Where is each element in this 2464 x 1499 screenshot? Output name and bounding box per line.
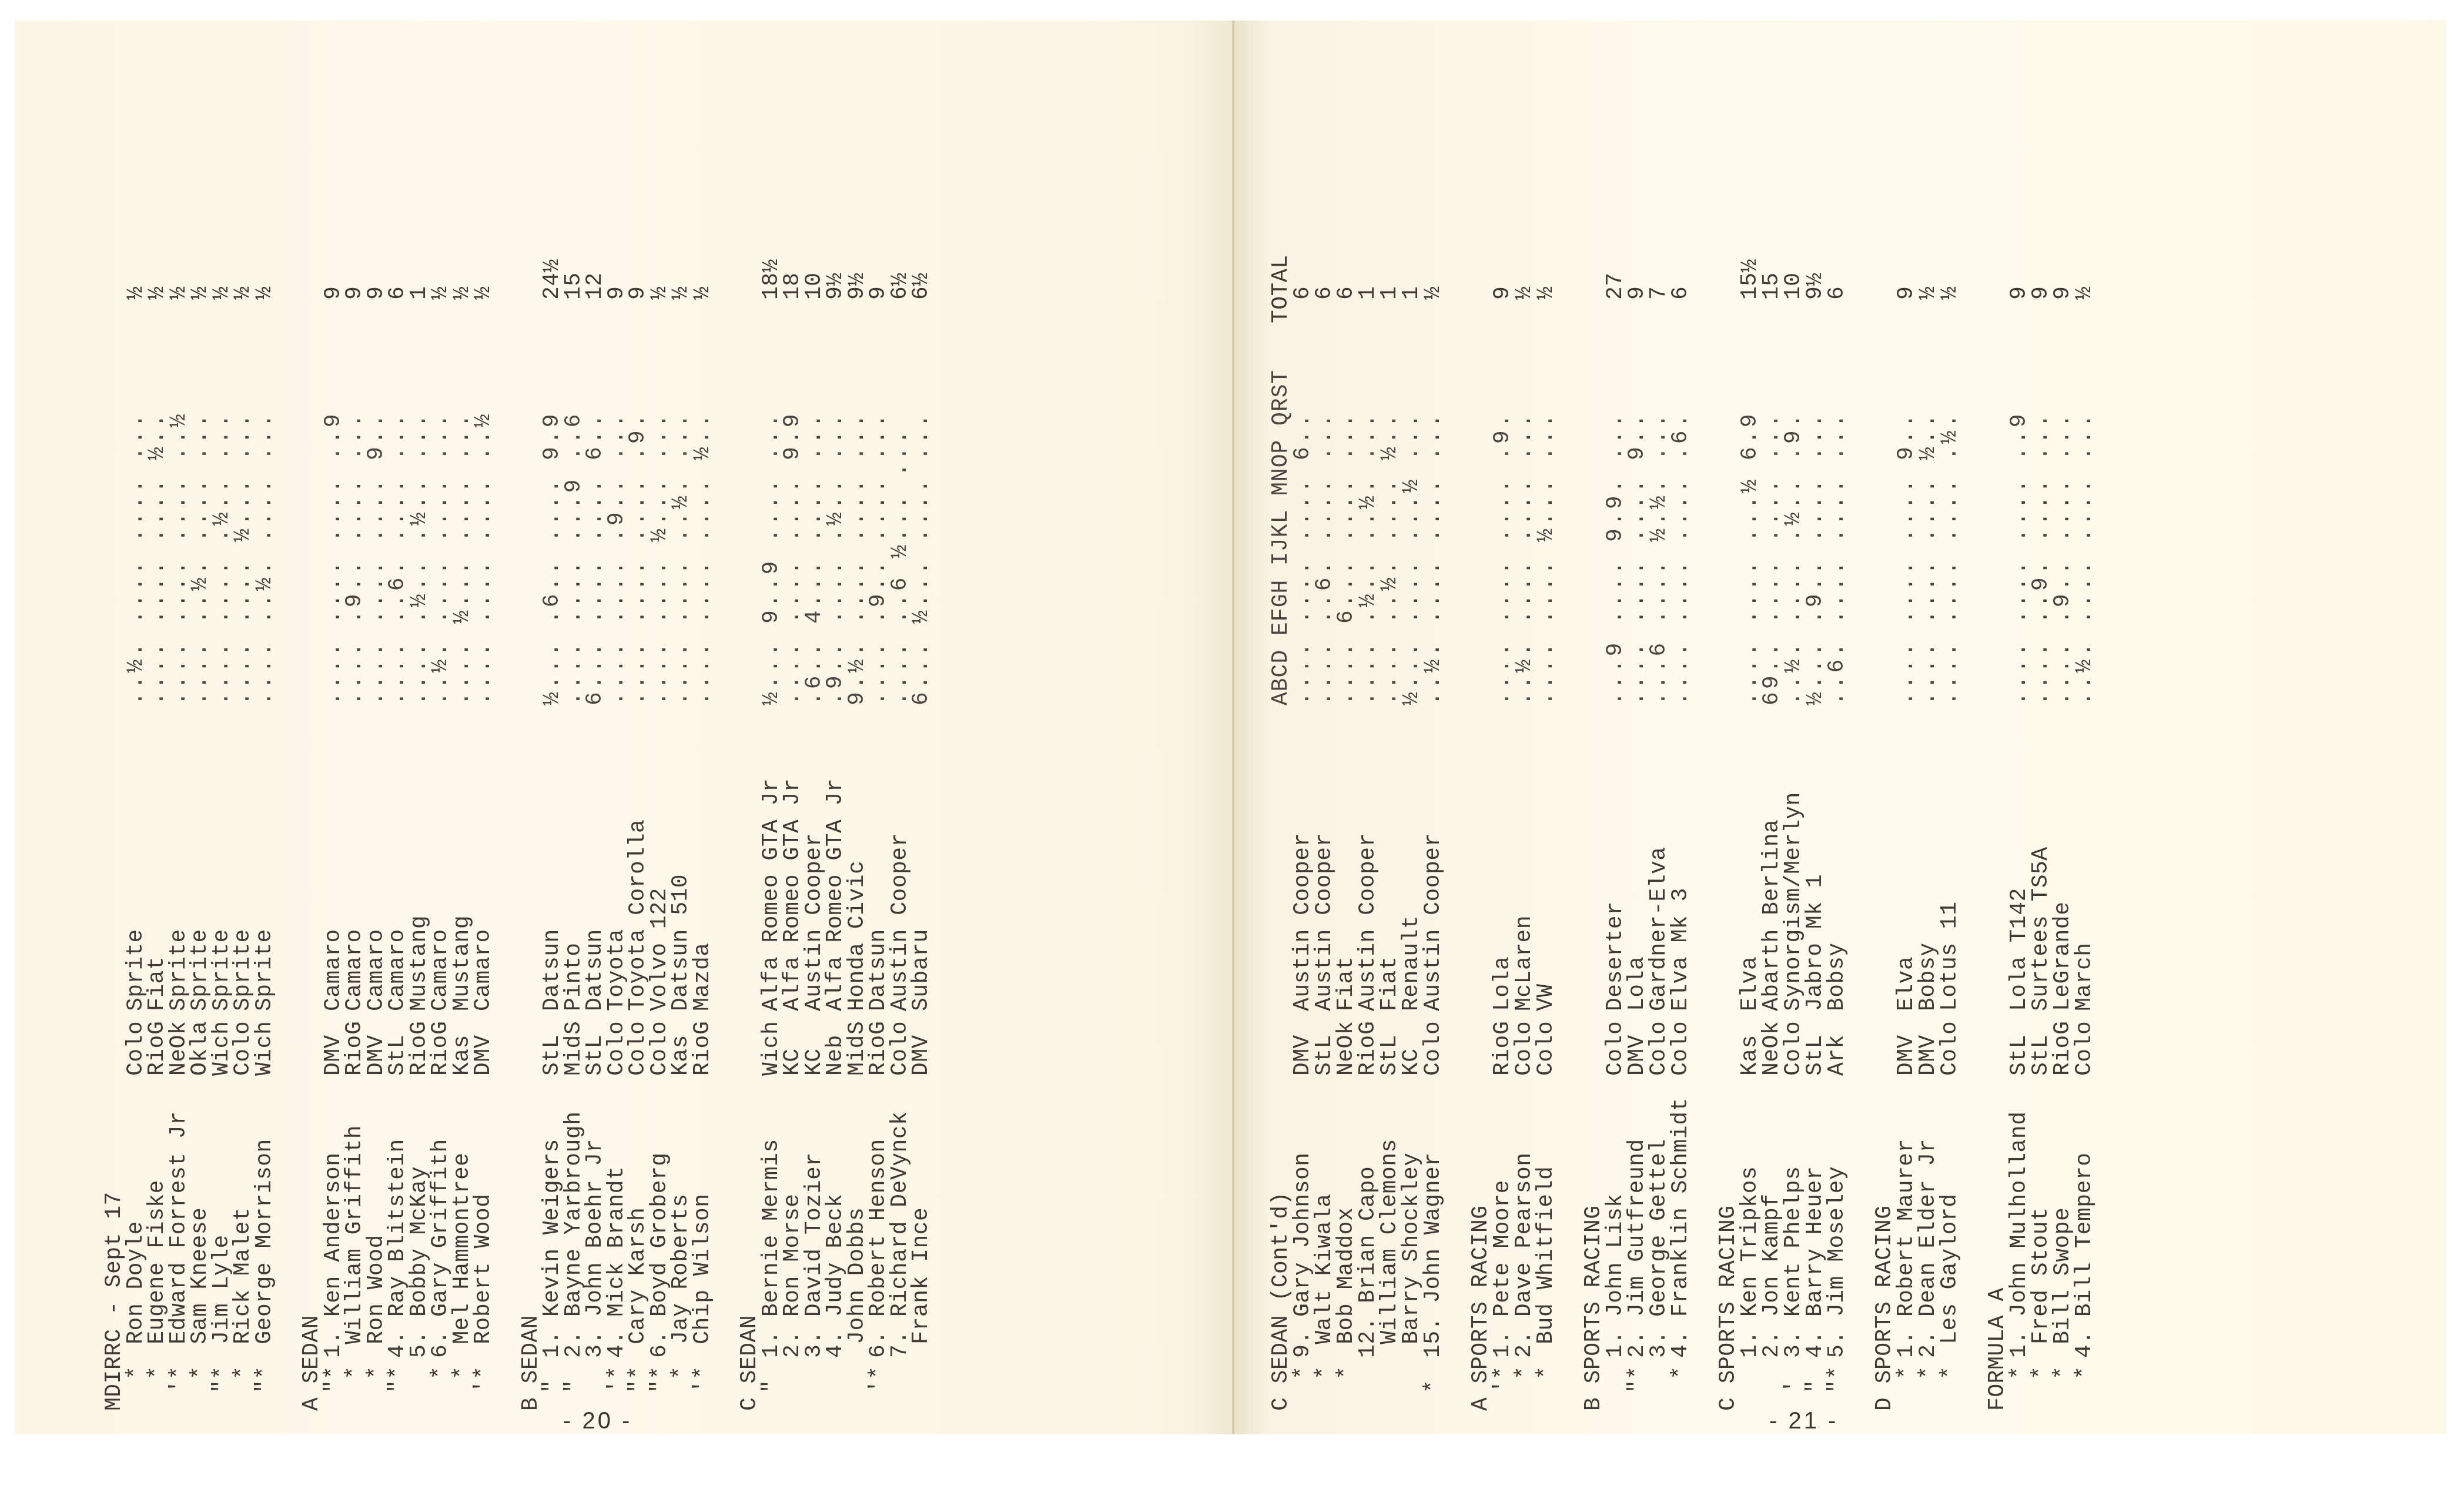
region-club: RioG [1491, 1021, 1515, 1076]
car-model: Renault [1400, 915, 1424, 1011]
event-scores: .... .... ..½. ... [669, 411, 693, 705]
car-model: Austin Cooper [1422, 833, 1445, 1011]
finish-position: 4. [2072, 1330, 2097, 1358]
event-scores: .... ..6. .... ... [1313, 411, 1337, 705]
driver-name: George Morrison [252, 1139, 277, 1344]
event-scores: .... ..½. .... ... [253, 411, 277, 705]
car-model: Camaro [386, 929, 410, 1011]
finish-position: 15. [1421, 1317, 1446, 1358]
points-total: 1 [1357, 286, 1380, 300]
points-total: 15½ [1739, 259, 1762, 300]
region-club: StL [1804, 1035, 1827, 1076]
event-scores: .... ..6. .... ... [386, 411, 410, 705]
points-total: 9 [867, 286, 890, 300]
points-total: ½ [1513, 286, 1536, 300]
event-scores: ..½. .... .½.. .9. [1782, 411, 1806, 705]
driver-name: Bud Whitfield [1534, 1166, 1559, 1344]
car-model: McLaren [1513, 915, 1536, 1011]
driver-name: Robert Wood [471, 1193, 496, 1344]
region-club: StL [584, 1035, 607, 1076]
points-total: 6½ [910, 272, 933, 300]
member-mark: * [1895, 1366, 1919, 1393]
region-club: Okla [189, 1021, 212, 1076]
car-model: Gardner-Elva [1648, 846, 1671, 1011]
member-mark: * [669, 1366, 693, 1393]
driver-name: Chip Wilson [690, 1193, 715, 1344]
event-scores: ..½. .... .... ... [1513, 411, 1536, 705]
driver-position-and-name: Chip Wilson [691, 1193, 715, 1358]
finish-position: 4. [1668, 1330, 1693, 1358]
points-total: 9½ [1804, 272, 1827, 300]
region-club: Kas [1739, 1035, 1762, 1076]
left-page: MDIRRC - Sept 17 * Ron DoyleColoSprite..… [15, 21, 1234, 1434]
region-club: RioG [691, 1021, 715, 1076]
class-name: C SEDAN (Cont'd) [1270, 1192, 1293, 1411]
driver-position-and-name: Les Gaylord [1939, 1193, 1962, 1358]
member-mark: * [343, 1366, 367, 1393]
region-club: DMV [1895, 1035, 1919, 1076]
member-mark [584, 1366, 607, 1393]
points-total: 9 [627, 286, 650, 300]
member-mark: ' [1782, 1380, 1806, 1393]
driver-position-and-name: 12. Brian Capo [1357, 1166, 1380, 1358]
driver-position-and-name: 1. Robert Maurer [1895, 1139, 1919, 1358]
points-total: ½ [1917, 286, 1940, 300]
driver-position-and-name: 2. Dave Pearson [1513, 1152, 1536, 1358]
points-total: 6 [1291, 286, 1315, 300]
right-page: ABCD EFGH IJKL MNOP QRSTTOTALC SEDAN (Co… [1234, 21, 2446, 1434]
member-mark: '* [1491, 1366, 1515, 1393]
member-mark: * [232, 1366, 255, 1393]
points-total: ½ [146, 286, 169, 300]
class-name: C SPORTS RACING [1717, 1205, 1740, 1411]
car-model: Datsun [541, 929, 564, 1011]
score-column-groups: ABCD EFGH IJKL MNOP QRST [1270, 370, 1293, 705]
member-mark [824, 1366, 848, 1393]
event-scores: .... .9.. .... ... [2051, 411, 2075, 705]
driver-position-and-name: George Morrison [253, 1139, 277, 1358]
region-club: Colo [1535, 1021, 1558, 1076]
points-total: ½ [1939, 286, 1962, 300]
member-mark: * [1313, 1366, 1337, 1393]
class-name: A SPORTS RACING [1469, 1205, 1493, 1411]
event-scores: .... .... .... ½.. [146, 411, 169, 705]
member-mark: "* [1626, 1366, 1649, 1393]
driver-position-and-name: 4. Barry Heuer [1804, 1166, 1827, 1358]
driver-name: Les Gaylord [1937, 1193, 1963, 1344]
car-model: Toyota Corolla [627, 819, 650, 1011]
member-mark: '* [691, 1366, 715, 1393]
event-scores: .... .... ½... ... [232, 411, 255, 705]
page-number-right: - 21 - [1769, 1408, 1838, 1434]
points-total: 9 [2008, 286, 2031, 300]
car-model: Subaru [910, 929, 933, 1011]
driver-position-and-name: Walt Kiwala [1313, 1193, 1337, 1358]
driver-position-and-name: 1. John Lisk [1604, 1193, 1628, 1358]
page-number-left: - 20 - [563, 1408, 632, 1434]
driver-name: Bill Tempero [2072, 1152, 2097, 1317]
class-name: D SPORTS RACING [1873, 1205, 1897, 1411]
driver-position-and-name: 5. Jim Moseley [1826, 1166, 1849, 1358]
member-mark [910, 1366, 933, 1393]
car-model: Abarth Berlina [1760, 819, 1784, 1011]
member-mark: * [1291, 1366, 1315, 1393]
car-model: Austin Cooper [1357, 833, 1380, 1011]
region-club: NeOk [1335, 1021, 1358, 1076]
points-total: ½ [1535, 286, 1558, 300]
right-page-content: ABCD EFGH IJKL MNOP QRSTTOTALC SEDAN (Co… [1234, 21, 2446, 1434]
car-model: Elva [1739, 956, 1762, 1011]
event-scores: 69.. .... .... ... [1760, 411, 1784, 705]
car-model: Austin Cooper [1291, 833, 1315, 1011]
event-scores: .... .9.. .... ... [343, 411, 367, 705]
event-scores: .... .9.. .... ... [867, 411, 890, 705]
event-scores: .... .... ...½ 6.9 [1739, 411, 1762, 705]
event-scores: .... .... .... 9.. [1895, 411, 1919, 705]
car-model: Fiat [146, 956, 169, 1011]
region-club: DMV [472, 1035, 496, 1076]
driver-name: Franklin Schmidt [1668, 1098, 1693, 1317]
points-total: 24½ [541, 259, 564, 300]
member-mark [1378, 1366, 1402, 1393]
points-total: 7 [1648, 286, 1671, 300]
member-mark: * [1939, 1366, 1962, 1393]
driver-position-and-name: 4. Bill Tempero [2073, 1152, 2097, 1358]
member-mark [781, 1366, 805, 1393]
car-model: Lotus 11 [1939, 902, 1962, 1011]
car-model: Camaro [472, 929, 496, 1011]
car-model: Surtees TS5A [2030, 846, 2053, 1011]
class-name: A SEDAN [300, 1315, 324, 1411]
region-club: Colo [1422, 1021, 1445, 1076]
points-total: ½ [2073, 286, 2097, 300]
region-club: KC [1400, 1048, 1424, 1076]
member-mark: "* [627, 1366, 650, 1393]
member-mark: * [1422, 1380, 1445, 1393]
points-total: 9 [1626, 286, 1649, 300]
member-mark: " [541, 1380, 564, 1393]
driver-position-and-name: 2. Jim Gutfreund [1626, 1139, 1649, 1358]
driver-position-and-name: 1. Ken Tripkos [1739, 1166, 1762, 1358]
event-scores: ½... .9.. .... ... [1804, 411, 1827, 705]
car-model: Elva [1895, 956, 1919, 1011]
member-mark: '* [472, 1366, 496, 1393]
class-name: B SPORTS RACING [1582, 1205, 1606, 1411]
event-scores: ½... .... ...½ ... [1400, 411, 1424, 705]
event-scores: ½... .6.. .... 9.9 [541, 411, 564, 705]
region-club: RioG [1357, 1021, 1380, 1076]
event-scores: .... .... .... 6.. [1291, 411, 1315, 705]
total-column-header: TOTAL [1270, 255, 1293, 323]
car-model: Fiat [1378, 956, 1402, 1011]
member-mark: * [1535, 1366, 1558, 1393]
member-mark: * [1917, 1366, 1940, 1393]
region-club: RioG [429, 1021, 453, 1076]
class-name: C SEDAN [738, 1315, 762, 1411]
driver-position-and-name: Barry Shockley [1400, 1152, 1424, 1358]
car-model: Austin Cooper [1313, 833, 1337, 1011]
region-club: DMV [1291, 1035, 1315, 1076]
car-model: Sprite [253, 929, 277, 1011]
region-club: Colo [2073, 1021, 2097, 1076]
driver-position-and-name: William Clemons [1378, 1139, 1402, 1358]
driver-position-and-name: Frank Ince [910, 1207, 933, 1358]
event-scores: .... .... .... .9. [627, 411, 650, 705]
points-total: 12 [584, 272, 607, 300]
car-model: Bobsy [1917, 942, 1940, 1011]
event-scores: .... .... .... .6. [1669, 411, 1693, 705]
member-mark [1760, 1366, 1784, 1393]
points-total: 6 [1826, 286, 1849, 300]
event-scores: .... ..½. .... ... [189, 411, 212, 705]
event-scores: .... .... .... ½.. [1917, 411, 1940, 705]
region-club: Colo [1669, 1021, 1693, 1076]
event-scores: 6... .... .... 6.. [584, 411, 607, 705]
region-club: StL [1313, 1035, 1337, 1076]
member-mark: '* [867, 1366, 890, 1393]
region-club: DMV [1626, 1035, 1649, 1076]
points-total: ½ [189, 286, 212, 300]
points-total: ½ [253, 286, 277, 300]
region-club: Colo [1604, 1021, 1628, 1076]
region-club: KC [781, 1048, 805, 1076]
member-mark: "* [253, 1366, 277, 1393]
driver-position-and-name: Robert Wood [472, 1193, 496, 1358]
region-club: Colo [1939, 1021, 1962, 1076]
member-mark: * [1513, 1366, 1536, 1393]
car-model: Deserter [1604, 902, 1628, 1011]
driver-position-and-name: Bill Swope [2051, 1207, 2075, 1358]
car-model: Elva Mk 3 [1669, 888, 1693, 1011]
points-total: 9 [343, 286, 367, 300]
event-scores: .... .... .... ..9 [2008, 411, 2031, 705]
points-total: 27 [1604, 272, 1628, 300]
car-model: Lola T142 [2008, 888, 2031, 1011]
region-club: DMV [910, 1035, 933, 1076]
member-mark: "* [386, 1366, 410, 1393]
region-club: RioG [146, 1021, 169, 1076]
region-club: DMV [1917, 1035, 1940, 1076]
car-model: Datsun [584, 929, 607, 1011]
event-scores: ...9 .... 9.9. ... [1604, 411, 1628, 705]
event-scores: .... .... .... .½. [1939, 411, 1962, 705]
event-scores: .... .... .... ..½ [472, 411, 496, 705]
points-total: 6 [386, 286, 410, 300]
class-name: FORMULA A [1986, 1287, 2010, 1411]
region-club: StL [1378, 1035, 1402, 1076]
points-total: ½ [669, 286, 693, 300]
car-model: Sprite [232, 929, 255, 1011]
points-total: ½ [429, 286, 453, 300]
region-club: RioG [867, 1021, 890, 1076]
member-mark [1357, 1366, 1380, 1393]
driver-position-and-name: 2. Jon Kampf [1760, 1193, 1784, 1358]
points-total: 9 [2051, 286, 2075, 300]
event-scores: 6... ½... .... ... [910, 411, 933, 705]
car-model: Mazda [691, 942, 715, 1011]
points-total: 18 [781, 272, 805, 300]
event-scores: .... .... .... 9.. [1626, 411, 1649, 705]
region-club: RioG [2051, 1021, 2075, 1076]
car-model: Camaro [429, 929, 453, 1011]
region-club: Neb [824, 1035, 848, 1076]
member-mark [1400, 1366, 1424, 1393]
driver-position-and-name: Fred Stout [2030, 1207, 2053, 1358]
region-club: StL [2008, 1035, 2031, 1076]
driver-name: Frank Ince [909, 1207, 934, 1344]
member-mark: " [1804, 1380, 1827, 1393]
car-model: Alfa Romeo GTA Jr [824, 778, 848, 1011]
region-club: Ark [1826, 1035, 1849, 1076]
region-club: RioG [343, 1021, 367, 1076]
event-scores: .... .... .... .9. [1491, 411, 1515, 705]
driver-position-and-name: 15. John Wagner [1422, 1152, 1445, 1358]
member-mark [1648, 1366, 1671, 1393]
event-scores: .... .... .... ½.. [691, 411, 715, 705]
car-model: LeGrande [2051, 902, 2075, 1011]
member-mark: * [2008, 1366, 2031, 1393]
event-scores: ...6 .... ½.½. ... [1648, 411, 1671, 705]
region-club: StL [2030, 1035, 2053, 1076]
event-scores: .... ..9. .... ... [2030, 411, 2053, 705]
points-total: 10 [1782, 272, 1806, 300]
driver-position-and-name: 3. Kent Phelps [1782, 1166, 1806, 1358]
member-mark: * [1669, 1366, 1693, 1393]
member-mark [1739, 1366, 1762, 1393]
event-scores: ..½. .... .... ... [1422, 411, 1445, 705]
driver-position-and-name: Bud Whitfield [1535, 1166, 1558, 1358]
event-scores: ..6. .... .... ... [1826, 411, 1849, 705]
car-model: Lola [1626, 956, 1649, 1011]
car-model: Synorgism/Merlyn [1782, 792, 1806, 1011]
region-club: StL [541, 1035, 564, 1076]
event-scores: ..½. .... .... ... [2073, 411, 2097, 705]
points-total: ½ [691, 286, 715, 300]
region-club: Colo [1648, 1021, 1671, 1076]
region-club: NeOk [1760, 1021, 1784, 1076]
points-total: 6 [1313, 286, 1337, 300]
driver-position-and-name: 1. Pete Moore [1491, 1180, 1515, 1358]
points-total: 6 [1335, 286, 1358, 300]
left-page-content: MDIRRC - Sept 17 * Ron DoyleColoSprite..… [15, 21, 1234, 1434]
driver-name: John Wagner [1421, 1152, 1446, 1303]
car-model: Datsun 510 [669, 874, 693, 1011]
driver-name: Jim Moseley [1824, 1166, 1850, 1317]
car-model: Jabro Mk 1 [1804, 874, 1827, 1011]
car-model: Camaro [343, 929, 367, 1011]
points-total: ½ [232, 286, 255, 300]
event-scores: .... .... ½... ... [1535, 411, 1558, 705]
driver-position-and-name: 4. Franklin Schmidt [1669, 1098, 1693, 1358]
car-model: Sprite [189, 929, 212, 1011]
car-model: Lola [1491, 956, 1515, 1011]
member-mark: * [2073, 1366, 2097, 1393]
finish-position: 5. [1824, 1330, 1850, 1358]
member-mark: * [146, 1366, 169, 1393]
event-scores: .... .... .... 9.9 [781, 411, 805, 705]
points-total: 1 [1378, 286, 1402, 300]
car-model: Alfa Romeo GTA Jr [781, 778, 805, 1011]
points-total: ½ [472, 286, 496, 300]
event-scores: .... ..½. .... ½.. [1378, 411, 1402, 705]
driver-position-and-name: 3. George Gettel [1648, 1139, 1671, 1358]
region-club: Colo [1782, 1021, 1806, 1076]
points-total: 9 [2030, 286, 2053, 300]
driver-position-and-name: 1. John Mulholland [2008, 1112, 2031, 1358]
points-total: 15 [1760, 272, 1784, 300]
points-total: 9 [1895, 286, 1919, 300]
region-club: Kas [669, 1035, 693, 1076]
member-mark: * [1335, 1366, 1358, 1393]
region-club: StL [386, 1035, 410, 1076]
driver-position-and-name: Bob Maddox [1335, 1207, 1358, 1358]
points-total: ½ [1422, 286, 1445, 300]
driver-position-and-name: 9. Gary Johnson [1291, 1152, 1315, 1358]
car-model: Datsun [867, 929, 890, 1011]
region-club: Wich [253, 1021, 277, 1076]
member-mark: * [2051, 1366, 2075, 1393]
car-model: Bobsy [1826, 942, 1849, 1011]
points-total: 1 [1400, 286, 1424, 300]
region-club: Colo [1513, 1021, 1536, 1076]
member-mark: * [2030, 1366, 2053, 1393]
car-model: March [2073, 942, 2097, 1011]
member-mark: * [429, 1366, 453, 1393]
points-total: 6 [1669, 286, 1693, 300]
car-model: Fiat [1335, 956, 1358, 1011]
points-total: 9½ [824, 272, 848, 300]
member-mark [1604, 1366, 1628, 1393]
driver-position-and-name: 2. Dean Elder Jr [1917, 1139, 1940, 1358]
event-scores: .... .½.. ..½. ... [1357, 411, 1380, 705]
member-mark: "* [1826, 1366, 1849, 1393]
member-mark: * [189, 1366, 212, 1393]
event-scores: .... 6... .... ... [1335, 411, 1358, 705]
region-club: Colo [232, 1021, 255, 1076]
event-scores: ..½. .... .... ... [429, 411, 453, 705]
region-club: Colo [627, 1021, 650, 1076]
event-scores: .9.. .... .½.. ... [824, 411, 848, 705]
points-total: 9 [1491, 286, 1515, 300]
car-model: VW [1535, 983, 1558, 1011]
